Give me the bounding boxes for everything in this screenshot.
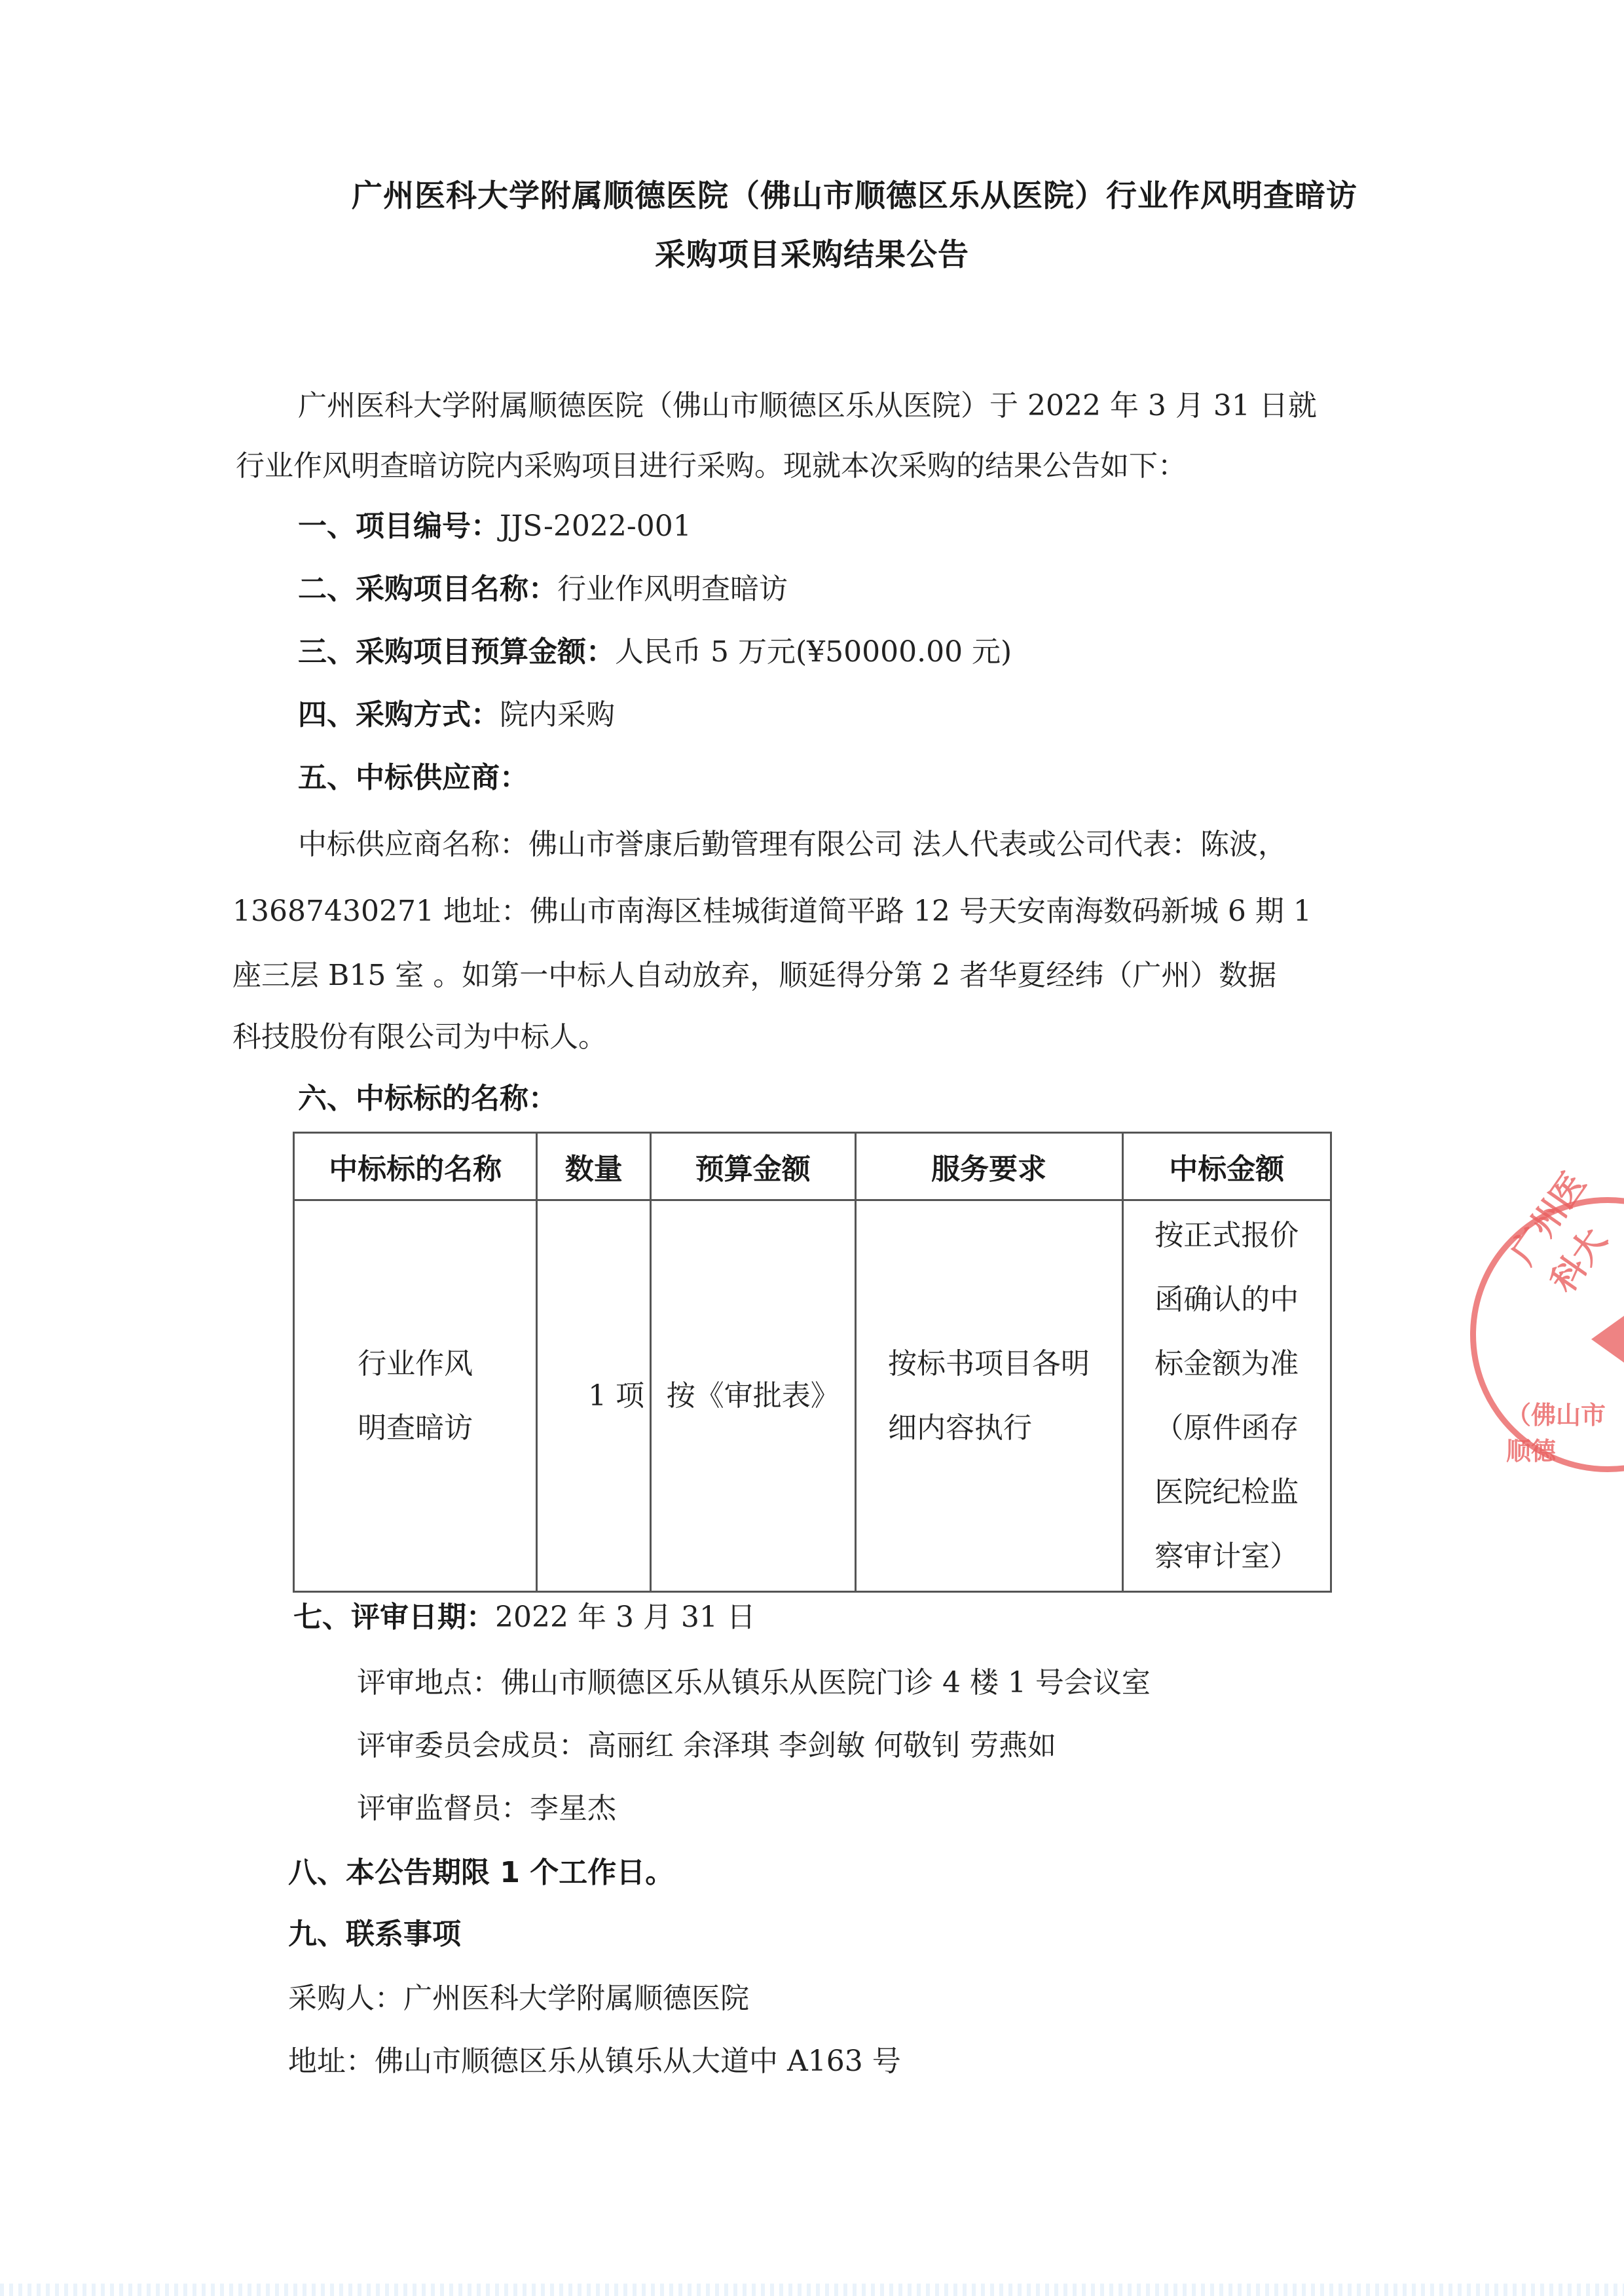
document-page: 广州医科大学附属顺德医院（佛山市顺德区乐从医院）行业作风明查暗访 采购项目采购结… [0,0,1624,2296]
cell-subject-name: 行业作风 明查暗访 [294,1200,537,1592]
amount-line: （原件函存 [1154,1396,1299,1460]
supplier-text-line1: 中标供应商名称：佛山市誉康后勤管理有限公司 法人代表或公司代表：陈波， [298,830,1287,859]
cell-award-amount: 按正式报价 函确认的中 标金额为准 （原件函存 医院纪检监 察审计室） [1122,1200,1331,1592]
section-contact: 九、联系事项 [288,1920,461,1949]
section-project-name: 二、采购项目名称：行业作风明查暗访 [298,575,788,604]
header-service-requirements: 服务要求 [855,1133,1122,1200]
amount-line: 函确认的中 [1154,1268,1299,1332]
service-line1: 按标书项目各明 [888,1332,1090,1396]
review-committee: 评审委员会成员：高丽红 余泽琪 李剑敏 何敬钊 劳燕如 [357,1731,1056,1760]
document-title-line2: 采购项目采购结果公告 [0,231,1624,274]
header-budget: 预算金额 [651,1133,856,1200]
table-header-row: 中标标的名称 数量 预算金额 服务要求 中标金额 [294,1133,1331,1200]
amount-line: 标金额为准 [1154,1332,1299,1396]
review-location: 评审地点：佛山市顺德区乐从镇乐从医院门诊 4 楼 1 号会议室 [357,1669,1151,1697]
seal-star-icon [1591,1306,1624,1372]
amount-line: 医院纪检监 [1154,1460,1299,1525]
service-line2: 细内容执行 [888,1396,1090,1460]
section-project-number: 一、项目编号：JJS-2022-001 [298,512,692,541]
table-row: 行业作风 明查暗访 1 项 按《审批表》 按标书项目各明 细内容执行 按正式报价… [294,1200,1331,1592]
subject-name-line1: 行业作风 [358,1332,473,1396]
intro-line2: 行业作风明查暗访院内采购项目进行采购。现就本次采购的结果公告如下： [236,452,1187,481]
document-title-line1: 广州医科大学附属顺德医院（佛山市顺德区乐从医院）行业作风明查暗访 [0,172,1624,215]
review-date-value: 2022 年 3 月 31 日 [495,1601,756,1634]
subject-name-line2: 明查暗访 [358,1396,473,1460]
header-subject-name: 中标标的名称 [294,1133,537,1200]
cell-service-requirements: 按标书项目各明 细内容执行 [855,1200,1122,1592]
section-label: 六、中标标的名称： [298,1082,557,1115]
supplier-text-line2: 13687430271 地址：佛山市南海区桂城街道简平路 12 号天安南海数码新… [232,897,1312,926]
section-label: 四、采购方式： [298,698,500,731]
supplier-text-line3: 座三层 B15 室 。如第一中标人自动放弃，顺延得分第 2 者华夏经纬（广州）数… [232,961,1276,990]
project-name-value: 行业作风明查暗访 [557,572,788,606]
header-award-amount: 中标金额 [1122,1133,1331,1200]
section-procurement-method: 四、采购方式：院内采购 [298,701,615,730]
amount-line: 按正式报价 [1154,1204,1299,1268]
header-quantity: 数量 [537,1133,651,1200]
section-label: 一、项目编号： [298,509,500,543]
cell-quantity: 1 项 [537,1200,651,1592]
procurement-method-value: 院内采购 [500,698,615,731]
amount-line: 察审计室） [1154,1525,1299,1589]
review-supervisor: 评审监督员：李星杰 [357,1794,616,1823]
contact-address: 地址：佛山市顺德区乐从镇乐从大道中 A163 号 [288,2047,901,2076]
award-table: 中标标的名称 数量 预算金额 服务要求 中标金额 行业作风 明查暗访 1 项 按… [293,1132,1332,1593]
section-label: 三、采购项目预算金额： [298,635,615,669]
section-notice-period: 八、本公告期限 1 个工作日。 [288,1859,674,1887]
project-number-value: JJS-2022-001 [500,509,692,543]
supplier-text-line4: 科技股份有限公司为中标人。 [232,1023,607,1052]
section-label: 五、中标供应商： [298,761,528,794]
contact-buyer: 采购人：广州医科大学附属顺德医院 [288,1984,749,2013]
section-budget: 三、采购项目预算金额：人民币 5 万元(¥50000.00 元) [298,638,1012,667]
budget-value: 人民币 5 万元(¥50000.00 元) [615,635,1012,669]
section-label: 七、评审日期： [293,1601,495,1634]
section-label: 二、采购项目名称： [298,572,557,606]
section-review-date: 七、评审日期：2022 年 3 月 31 日 [293,1603,756,1632]
section-label: 九、联系事项 [288,1917,461,1951]
intro-line1: 广州医科大学附属顺德医院（佛山市顺德区乐从医院）于 2022 年 3 月 31 … [298,392,1317,420]
cell-budget: 按《审批表》 [651,1200,856,1592]
scan-edge-artifact [0,2284,1624,2296]
section-award-subject: 六、中标标的名称： [298,1084,557,1113]
section-winning-supplier: 五、中标供应商： [298,764,528,792]
section-label: 八、本公告期限 1 个工作日。 [288,1856,674,1889]
seal-text-bottom: （佛山市顺德 [1506,1395,1624,1467]
